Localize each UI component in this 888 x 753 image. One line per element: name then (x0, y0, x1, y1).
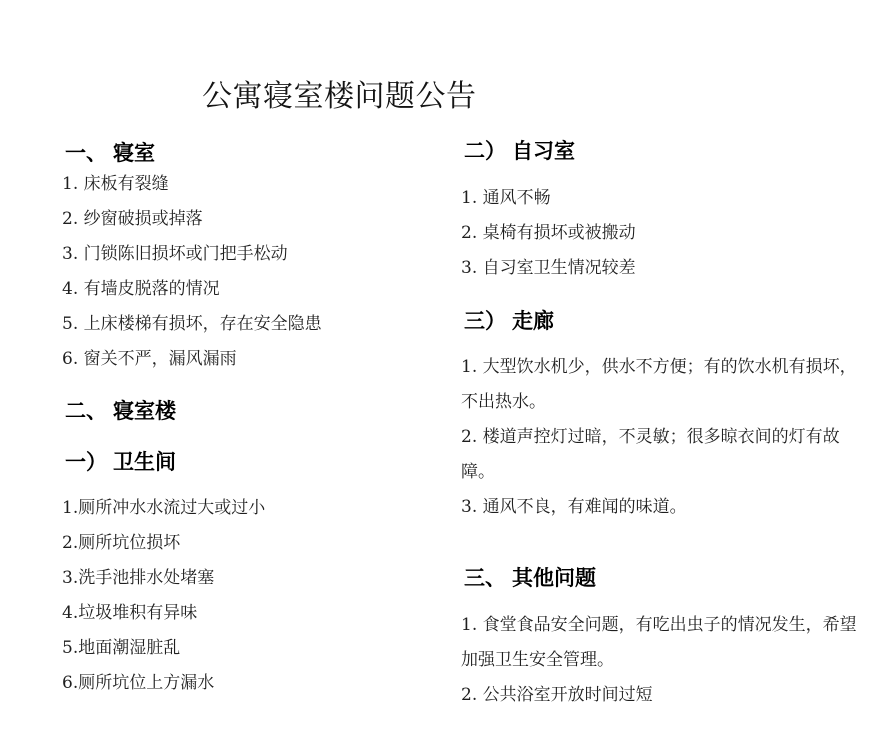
list-item: 3. 门锁陈旧损坏或门把手松动 (62, 237, 436, 272)
list-item: 6. 窗关不严，漏风漏雨 (62, 342, 436, 377)
heading-number: 二） (464, 137, 506, 165)
list-item: 2.厕所坑位损坏 (62, 526, 436, 561)
list-item: 5.地面潮湿脏乱 (62, 631, 436, 666)
heading-label: 卫生间 (113, 448, 176, 476)
document-page: 公寓寝室楼问题公告 一、 寝室 1. 床板有裂缝 2. 纱窗破损或掉落 3. 门… (0, 0, 888, 753)
study-room-issue-list: 1. 通风不畅 2. 桌椅有损坏或被搬动 3. 自习室卫生情况较差 (461, 181, 873, 286)
heading-number: 三、 (464, 564, 506, 592)
corridor-issue-list: 1. 大型饮水机少，供水不方便；有的饮水机有损坏，不出热水。 2. 楼道声控灯过… (461, 350, 873, 525)
list-item: 2. 纱窗破损或掉落 (62, 202, 436, 237)
heading-study-room: 二） 自习室 (461, 137, 873, 165)
heading-label: 寝室楼 (113, 397, 176, 425)
list-item: 2. 桌椅有损坏或被搬动 (461, 216, 873, 251)
list-item: 5. 上床楼梯有损坏，存在安全隐患 (62, 307, 436, 342)
heading-dormitory: 一、 寝室 (62, 139, 436, 167)
list-item: 6.厕所坑位上方漏水 (62, 666, 436, 701)
heading-number: 二、 (65, 397, 107, 425)
heading-number: 一、 (65, 139, 107, 167)
bathroom-issue-list: 1.厕所冲水水流过大或过小 2.厕所坑位损坏 3.洗手池排水处堵塞 4.垃圾堆积… (62, 491, 436, 701)
list-item: 3.洗手池排水处堵塞 (62, 561, 436, 596)
left-column: 一、 寝室 1. 床板有裂缝 2. 纱窗破损或掉落 3. 门锁陈旧损坏或门把手松… (62, 136, 436, 701)
doc-title: 公寓寝室楼问题公告 (202, 79, 477, 115)
heading-label: 走廊 (512, 307, 554, 335)
heading-label: 寝室 (113, 139, 155, 167)
list-item: 2. 楼道声控灯过暗，不灵敏；很多晾衣间的灯有故障。 (461, 420, 873, 490)
list-item: 1. 食堂食品安全问题，有吃出虫子的情况发生，希望加强卫生安全管理。 (461, 608, 873, 678)
list-item: 1. 大型饮水机少，供水不方便；有的饮水机有损坏，不出热水。 (461, 350, 873, 420)
list-item: 4.垃圾堆积有异味 (62, 596, 436, 631)
list-item: 1. 床板有裂缝 (62, 167, 436, 202)
list-item: 4. 有墙皮脱落的情况 (62, 272, 436, 307)
list-item: 3. 通风不良，有难闻的味道。 (461, 490, 873, 525)
list-item: 1.厕所冲水水流过大或过小 (62, 491, 436, 526)
heading-number: 三） (464, 307, 506, 335)
heading-number: 一） (65, 448, 107, 476)
dormitory-issue-list: 1. 床板有裂缝 2. 纱窗破损或掉落 3. 门锁陈旧损坏或门把手松动 4. 有… (62, 167, 436, 377)
right-column: 二） 自习室 1. 通风不畅 2. 桌椅有损坏或被搬动 3. 自习室卫生情况较差… (461, 133, 873, 713)
other-issue-list: 1. 食堂食品安全问题，有吃出虫子的情况发生，希望加强卫生安全管理。 2. 公共… (461, 608, 873, 713)
list-item: 3. 自习室卫生情况较差 (461, 251, 873, 286)
heading-bathroom: 一） 卫生间 (62, 448, 436, 476)
list-item: 1. 通风不畅 (461, 181, 873, 216)
list-item: 2. 公共浴室开放时间过短 (461, 678, 873, 713)
heading-dormitory-building: 二、 寝室楼 (62, 397, 436, 425)
heading-label: 其他问题 (512, 564, 596, 592)
heading-corridor: 三） 走廊 (461, 307, 873, 335)
heading-other-issues: 三、 其他问题 (461, 564, 873, 592)
heading-label: 自习室 (512, 137, 575, 165)
